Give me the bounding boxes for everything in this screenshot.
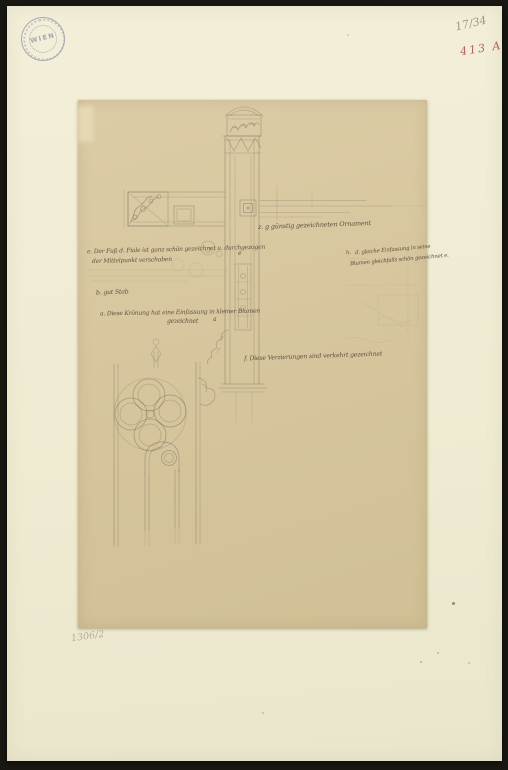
- annotation-mark-e: e: [238, 250, 241, 257]
- drawing-sheet: [78, 100, 427, 628]
- archival-scan-page: WIEN 17/34 413 A 1306/2: [0, 0, 508, 770]
- architectural-drawing-svg: [78, 100, 427, 628]
- cross-arm-right: [260, 186, 427, 220]
- foxing-speck: [437, 652, 439, 654]
- foxing-speck: [347, 34, 349, 36]
- cross-arm-left: [124, 190, 225, 228]
- annotation-c-line2: gezeichnet: [167, 318, 198, 325]
- foxing-speck: [452, 602, 455, 605]
- foxing-speck: [468, 662, 470, 664]
- pinnacle-top: [225, 107, 263, 153]
- paper-abrasion: [78, 106, 93, 142]
- tracery-window: [114, 339, 215, 546]
- foxing-speck: [262, 712, 264, 714]
- pinnacle-shaft: [208, 136, 268, 422]
- annotation-e-label: h.: [346, 250, 351, 256]
- foxing-speck: [420, 661, 422, 663]
- annotation-b: b. gut Stab: [96, 288, 129, 296]
- annotation-mark-a: a: [213, 316, 216, 323]
